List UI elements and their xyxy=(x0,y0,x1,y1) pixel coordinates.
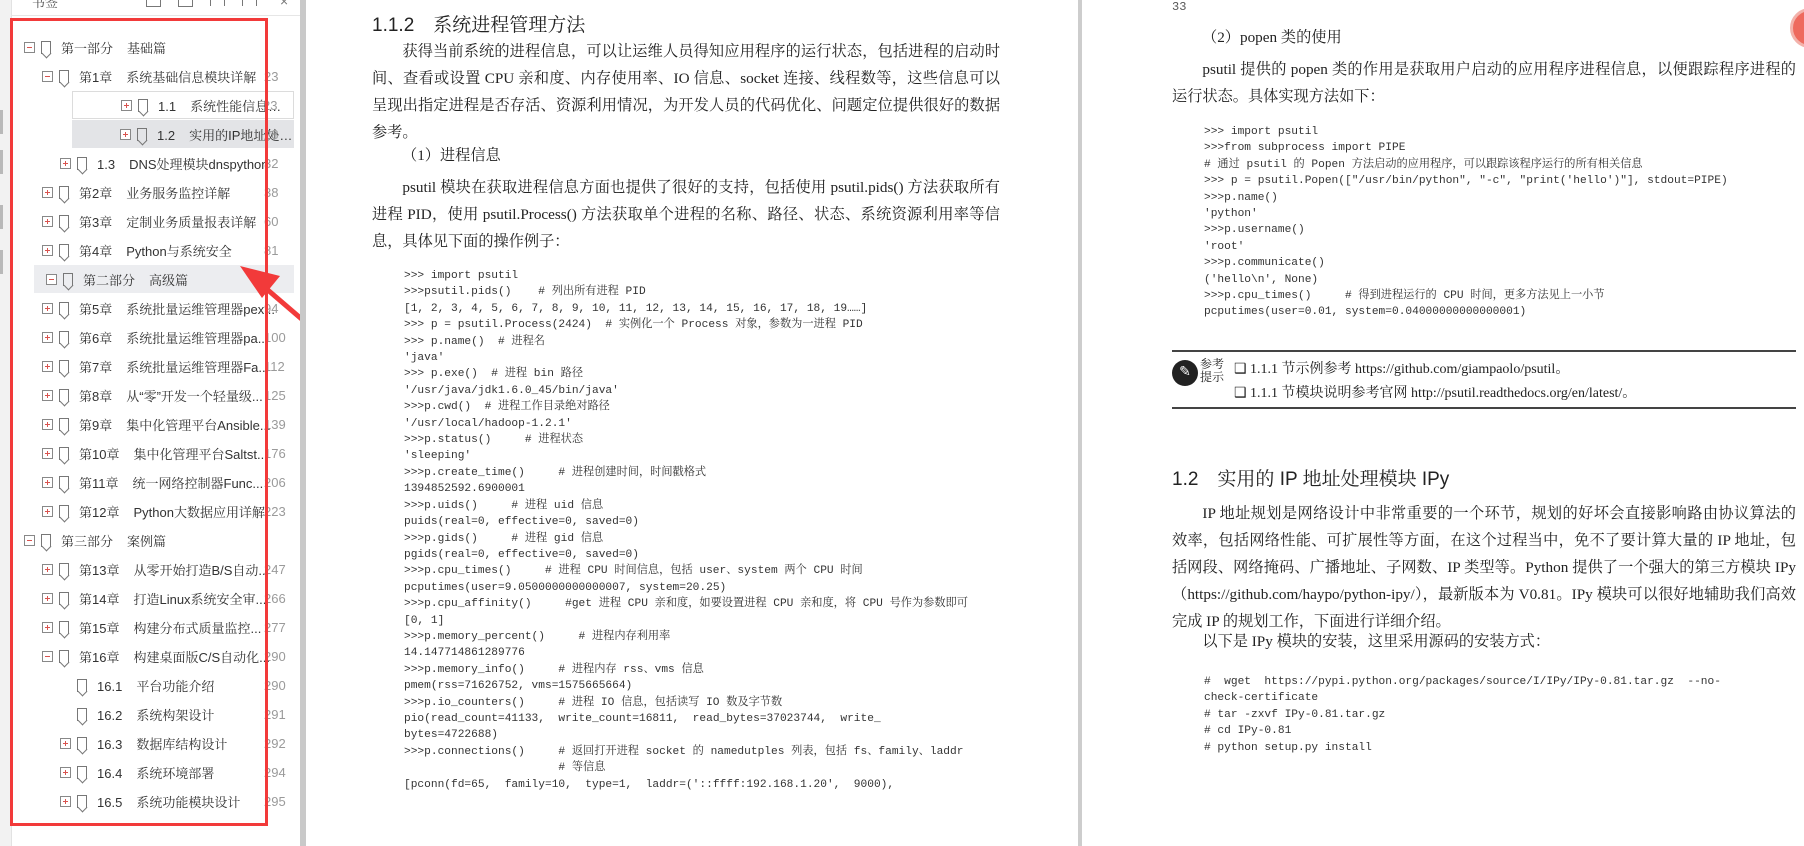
bookmark-page-number: 100 xyxy=(264,330,294,345)
bookmark-page-number: 291 xyxy=(264,707,294,722)
expand-icon[interactable] xyxy=(60,738,71,749)
expand-icon[interactable] xyxy=(121,100,132,111)
bookmark-label: 第一部分基础篇 xyxy=(61,38,294,57)
page-number: 33 xyxy=(1172,0,1186,14)
bookmark-page-number: 23 xyxy=(264,69,294,84)
code-line: [1, 2, 3, 4, 5, 6, 7, 8, 9, 10, 11, 12, … xyxy=(404,301,968,317)
code-line: # wget https://pypi.python.org/packages/… xyxy=(1204,674,1721,690)
code-line: # cd IPy-0.81 xyxy=(1204,723,1721,739)
bookmark-item[interactable]: 1.3DNS处理模块dnspython32 xyxy=(12,149,294,177)
code-line: [0, 1] xyxy=(404,613,968,629)
paragraph: IP 地址规划是网络设计中非常重要的一个环节，规划的好坏会直接影响路由协议算法的… xyxy=(1172,500,1796,635)
code-line: >>>p.username() xyxy=(1204,222,1728,238)
expand-icon[interactable] xyxy=(42,361,53,372)
paragraph: psutil 模块在获取进程信息方面也提供了很好的支持，包括使用 psutil.… xyxy=(372,174,1000,255)
bookmark-label: 第8章从“零”开发一个轻量级... xyxy=(79,386,294,405)
code-line: # 通过 psutil 的 Popen 方法启动的应用程序，可以跟踪该程序运行的… xyxy=(1204,157,1728,173)
bookmark-item[interactable]: 第15章构建分布式质量监控...277 xyxy=(12,613,294,641)
bookmark-icon xyxy=(41,41,51,54)
sidebar-title: 书签 xyxy=(32,0,58,11)
bookmark-icon xyxy=(59,331,69,344)
bookmark-item[interactable]: 第11章统一网络控制器Func...206 xyxy=(12,468,294,496)
bookmark-item[interactable]: 1.2实用的IP地址处理模块IPy28 xyxy=(72,120,294,148)
bookmark-item[interactable]: 第8章从“零”开发一个轻量级...125 xyxy=(12,381,294,409)
expand-icon[interactable] xyxy=(42,564,53,575)
bookmark-icon xyxy=(59,186,69,199)
bookmark-icon xyxy=(59,302,69,315)
bookmark-icon xyxy=(77,157,87,170)
collapse-icon[interactable] xyxy=(42,71,53,82)
subsection-heading: （2）popen 类的使用 xyxy=(1202,26,1342,47)
bookmark-item[interactable]: 第7章系统批量运维管理器Fa...112 xyxy=(12,352,294,380)
bookmark-item[interactable]: 第14章打造Linux系统安全审...266 xyxy=(12,584,294,612)
bookmark-icon xyxy=(77,795,87,808)
bookmark-icon xyxy=(59,592,69,605)
code-line: >>>p.cpu_times() # 进程 CPU 时间信息，包括 user、s… xyxy=(404,563,968,579)
bookmark-icon xyxy=(77,737,87,750)
code-line: >>> p.exe() # 进程 bin 路径 xyxy=(404,366,968,382)
code-line: '/usr/local/hadoop-1.2.1' xyxy=(404,416,968,432)
paragraph: psutil 提供的 popen 类的作用是获取用户启动的应用程序进程信息，以便… xyxy=(1172,56,1796,110)
bookmark-page-number: 139 xyxy=(264,417,294,432)
code-line: puids(real=0, effective=0, saved=0) xyxy=(404,514,968,530)
section-heading: 1.2 实用的 IP 地址处理模块 IPy xyxy=(1172,464,1449,491)
toolbar-button[interactable] xyxy=(0,250,3,274)
add-bookmark-icon[interactable] xyxy=(210,0,225,6)
expand-icon[interactable] xyxy=(42,187,53,198)
toolbar-button[interactable] xyxy=(0,110,3,134)
toolbar-button[interactable] xyxy=(0,205,3,229)
bookmark-page-number: 292 xyxy=(264,736,294,751)
bookmark-label: 第3章定制业务质量报表详解 xyxy=(79,212,294,231)
code-line: 'sleeping' xyxy=(404,448,968,464)
bookmark-label: 第15章构建分布式质量监控... xyxy=(79,618,294,637)
expand-icon[interactable] xyxy=(42,622,53,633)
bookmark-page-number: 295 xyxy=(264,794,294,809)
code-line: pcputimes(user=9.0500000000000007, syste… xyxy=(404,580,968,596)
bookmark-item[interactable]: 16.1平台功能介绍290 xyxy=(12,671,294,699)
expand-icon[interactable] xyxy=(120,129,131,140)
bookmark-icon xyxy=(138,99,148,112)
bookmark-sidebar: 书签 × 第一部分基础篇第1章系统基础信息模块详解231.1系统性能信息模块ps… xyxy=(12,0,300,846)
left-toolbar-strip xyxy=(0,0,12,846)
bookmark-label: 第13章从零开始打造B/S自动... xyxy=(79,560,294,579)
bookmark-icon xyxy=(59,447,69,460)
bookmark-icon xyxy=(77,679,87,692)
bookmark-label: 第2章业务服务监控详解 xyxy=(79,183,294,202)
code-line: >>> p = psutil.Popen(["/usr/bin/python",… xyxy=(1204,173,1728,189)
bookmark-label: 第6章系统批量运维管理器pa... xyxy=(79,328,294,347)
code-line: >>>p.uids() # 进程 uid 信息 xyxy=(404,498,968,514)
bookmark-item[interactable]: 第10章集中化管理平台Saltst...176 xyxy=(12,439,294,467)
bookmark-label: 第5章系统批量运维管理器pex... xyxy=(79,299,294,318)
bookmark-item[interactable]: 第6章系统批量运维管理器pa...100 xyxy=(12,323,294,351)
code-line: >>>psutil.pids() # 列出所有进程 PID xyxy=(404,284,968,300)
bookmark-item[interactable]: 第13章从零开始打造B/S自动...247 xyxy=(12,555,294,583)
code-line: >>>p.name() xyxy=(1204,190,1728,206)
document-page-right: 33 （2）popen 类的使用 psutil 提供的 popen 类的作用是获… xyxy=(1082,0,1804,846)
bookmark-icon xyxy=(41,534,51,547)
bookmark-page-number: 112 xyxy=(264,359,294,374)
collapse-icon[interactable] xyxy=(24,42,35,53)
close-icon[interactable]: × xyxy=(280,0,288,9)
code-line: >>>p.cpu_affinity() #get 进程 CPU 亲和度，如要设置… xyxy=(404,596,968,612)
bookmark-icon xyxy=(59,650,69,663)
code-line: >>> p = psutil.Process(2424) # 实例化一个 Pro… xyxy=(404,317,968,333)
bookmark-label: 第二部分高级篇 xyxy=(83,270,294,289)
document-page-left: 1.1.2 系统进程管理方法 获得当前系统的进程信息，可以让运维人员得知应用程序… xyxy=(306,0,1078,846)
bookmark-icon xyxy=(59,563,69,576)
bookmark-page-number: 266 xyxy=(264,591,294,606)
bookmark-item[interactable]: 16.3数据库结构设计292 xyxy=(12,729,294,757)
bookmark-page-number: 38 xyxy=(264,185,294,200)
code-line: >>>p.cwd() # 进程工作目录绝对路径 xyxy=(404,399,968,415)
expand-icon[interactable] xyxy=(42,477,53,488)
code-line: >>>p.communicate() xyxy=(1204,255,1728,271)
code-line: pmem(rss=71626752, vms=1575665664) xyxy=(404,678,968,694)
code-line: [pconn(fd=65, family=10, type=1, laddr=(… xyxy=(404,777,968,793)
bookmark-page-number: 290 xyxy=(264,649,294,664)
tip-rule-top xyxy=(1172,350,1796,352)
bookmark-item[interactable]: 第2章业务服务监控详解38 xyxy=(12,178,294,206)
code-line: 'root' xyxy=(1204,239,1728,255)
code-line: # 等信息 xyxy=(404,760,968,776)
code-line: # python setup.py install xyxy=(1204,740,1721,756)
expand-icon[interactable] xyxy=(42,390,53,401)
code-line: check-certificate xyxy=(1204,690,1721,706)
code-line: pio(read_count=41133, write_count=16811,… xyxy=(404,711,968,727)
bookmark-page-number: 290 xyxy=(264,678,294,693)
toolbar-button[interactable] xyxy=(0,150,3,174)
expand-icon[interactable] xyxy=(42,419,53,430)
bookmark-icon xyxy=(59,505,69,518)
code-block: >>> import psutil>>>from subprocess impo… xyxy=(1204,124,1728,321)
code-line: bytes=4722688) xyxy=(404,727,968,743)
expand-icon[interactable] xyxy=(60,767,71,778)
tip-label: 参考 提示 xyxy=(1200,358,1224,384)
bookmark-icon xyxy=(59,360,69,373)
collapse-icon[interactable] xyxy=(46,274,57,285)
expand-icon[interactable] xyxy=(42,332,53,343)
bookmark-item[interactable]: 第三部分案例篇 xyxy=(12,526,294,554)
expand-icon[interactable] xyxy=(60,158,71,169)
tip-rule-bottom xyxy=(1172,407,1796,409)
bookmark-options-icon[interactable] xyxy=(242,0,257,6)
bookmark-item[interactable]: 16.2系统构架设计291 xyxy=(12,700,294,728)
bookmark-icon xyxy=(59,621,69,634)
bookmark-item[interactable]: 1.1系统性能信息模块psutil23 xyxy=(72,91,294,119)
bookmark-page-number: 28 xyxy=(264,127,294,142)
expand-icon[interactable] xyxy=(42,303,53,314)
bookmark-label: 第9章集中化管理平台Ansible... xyxy=(79,415,294,434)
collapse-icon[interactable] xyxy=(42,651,53,662)
bookmark-item[interactable]: 第16章构建桌面版C/S自动化...290 xyxy=(12,642,294,670)
section-heading: 1.1.2 系统进程管理方法 xyxy=(372,10,585,37)
bookmark-item[interactable]: 第1章系统基础信息模块详解23 xyxy=(12,62,294,90)
collapse-all-icon[interactable] xyxy=(178,0,193,7)
bookmark-item[interactable]: 第4章Python与系统安全81 xyxy=(12,236,294,264)
bookmark-item[interactable]: 16.4系统环境部署294 xyxy=(12,758,294,786)
bookmark-page-number: 277 xyxy=(264,620,294,635)
bookmark-page-number: 94 xyxy=(264,301,294,316)
subsection-heading: （1）进程信息 xyxy=(402,144,501,165)
code-line: 1394852592.6900001 xyxy=(404,481,968,497)
code-line: >>>from subprocess import PIPE xyxy=(1204,140,1728,156)
bookmark-icon xyxy=(59,215,69,228)
code-line: >>>p.connections() # 返回打开进程 socket 的 nam… xyxy=(404,744,968,760)
expand-icon[interactable] xyxy=(42,216,53,227)
bookmark-label: 第10章集中化管理平台Saltst... xyxy=(79,444,294,463)
code-line: >>>p.io_counters() # 进程 IO 信息，包括读写 IO 数及… xyxy=(404,695,968,711)
bookmark-icon xyxy=(59,476,69,489)
code-line: >>> import psutil xyxy=(1204,124,1728,140)
bookmark-label: 第1章系统基础信息模块详解 xyxy=(79,67,294,86)
bookmark-page-number: 294 xyxy=(264,765,294,780)
bookmark-page-number: 247 xyxy=(264,562,294,577)
bookmark-page-number: 125 xyxy=(264,388,294,403)
expand-all-icon[interactable] xyxy=(146,0,161,7)
code-line: >>> import psutil xyxy=(404,268,968,284)
code-line: 14.147714861289776 xyxy=(404,645,968,661)
code-line: >>>p.create_time() # 进程创建时间，时间戳格式 xyxy=(404,465,968,481)
bookmark-page-number: 176 xyxy=(264,446,294,461)
code-block: >>> import psutil>>>psutil.pids() # 列出所有… xyxy=(404,268,968,793)
bookmark-icon xyxy=(63,273,73,286)
code-line: ('hello\n', None) xyxy=(1204,272,1728,288)
bookmark-page-number: 32 xyxy=(264,156,294,171)
bookmark-label: 第12章Python大数据应用详解 xyxy=(79,502,294,521)
bookmark-item[interactable]: 第9章集中化管理平台Ansible...139 xyxy=(12,410,294,438)
bookmark-label: 第三部分案例篇 xyxy=(61,531,294,550)
bookmark-page-number: 206 xyxy=(264,475,294,490)
code-line: >>>p.cpu_times() # 得到进程运行的 CPU 时间，更多方法见上… xyxy=(1204,288,1728,304)
sidebar-header: 书签 × xyxy=(12,0,300,16)
bookmark-label: 第16章构建桌面版C/S自动化... xyxy=(79,647,294,666)
bookmark-page-number: 223 xyxy=(264,504,294,519)
code-block: # wget https://pypi.python.org/packages/… xyxy=(1204,674,1721,756)
collapse-icon[interactable] xyxy=(24,535,35,546)
code-line: pcputimes(user=0.01, system=0.0400000000… xyxy=(1204,304,1728,320)
expand-icon[interactable] xyxy=(42,448,53,459)
tip-icon: ✎ xyxy=(1172,360,1198,386)
expand-icon[interactable] xyxy=(42,245,53,256)
code-line: 'java' xyxy=(404,350,968,366)
expand-icon[interactable] xyxy=(42,593,53,604)
bookmark-icon xyxy=(59,70,69,83)
bookmark-label: 第14章打造Linux系统安全审... xyxy=(79,589,294,608)
code-line: >>>p.gids() # 进程 gid 信息 xyxy=(404,531,968,547)
expand-icon[interactable] xyxy=(60,796,71,807)
bookmark-icon xyxy=(59,418,69,431)
code-line: >>>p.status() # 进程状态 xyxy=(404,432,968,448)
bookmark-page-number: 60 xyxy=(264,214,294,229)
bookmark-item[interactable]: 第5章系统批量运维管理器pex...94 xyxy=(12,294,294,322)
bookmark-page-number: 23 xyxy=(263,98,293,113)
bookmark-icon xyxy=(77,766,87,779)
bookmark-item[interactable]: 16.5系统功能模块设计295 xyxy=(12,787,294,815)
bookmark-item[interactable]: 第12章Python大数据应用详解223 xyxy=(12,497,294,525)
tip-line: ❑ 1.1.1 节示例参考 https://github.com/giampao… xyxy=(1234,358,1569,378)
bookmark-item[interactable]: 第二部分高级篇 xyxy=(34,265,294,293)
bookmark-label: 第4章Python与系统安全 xyxy=(79,241,294,260)
code-line: >>> p.name() # 进程名 xyxy=(404,334,968,350)
code-line: 'python' xyxy=(1204,206,1728,222)
bookmark-icon xyxy=(59,389,69,402)
bookmark-label: 第11章统一网络控制器Func... xyxy=(79,473,294,492)
bookmark-icon xyxy=(77,708,87,721)
code-line: >>>p.memory_info() # 进程内存 rss、vms 信息 xyxy=(404,662,968,678)
paragraph: 以下是 IPy 模块的安装，这里采用源码的安装方式： xyxy=(1172,628,1796,655)
tip-line: ❑ 1.1.1 节模块说明参考官网 http://psutil.readthed… xyxy=(1234,382,1636,402)
code-line: pgids(real=0, effective=0, saved=0) xyxy=(404,547,968,563)
code-line: '/usr/java/jdk1.6.0_45/bin/java' xyxy=(404,383,968,399)
expand-icon[interactable] xyxy=(42,506,53,517)
bookmark-page-number: 81 xyxy=(264,243,294,258)
bookmark-item[interactable]: 第3章定制业务质量报表详解60 xyxy=(12,207,294,235)
code-line: # tar -zxvf IPy-0.81.tar.gz xyxy=(1204,707,1721,723)
code-line: >>>p.memory_percent() # 进程内存利用率 xyxy=(404,629,968,645)
paragraph: 获得当前系统的进程信息，可以让运维人员得知应用程序的运行状态，包括进程的启动时间… xyxy=(372,38,1000,146)
bookmark-icon xyxy=(137,128,147,141)
bookmark-item[interactable]: 第一部分基础篇 xyxy=(12,33,294,61)
bookmark-icon xyxy=(59,244,69,257)
bookmark-label: 第7章系统批量运维管理器Fa... xyxy=(79,357,294,376)
